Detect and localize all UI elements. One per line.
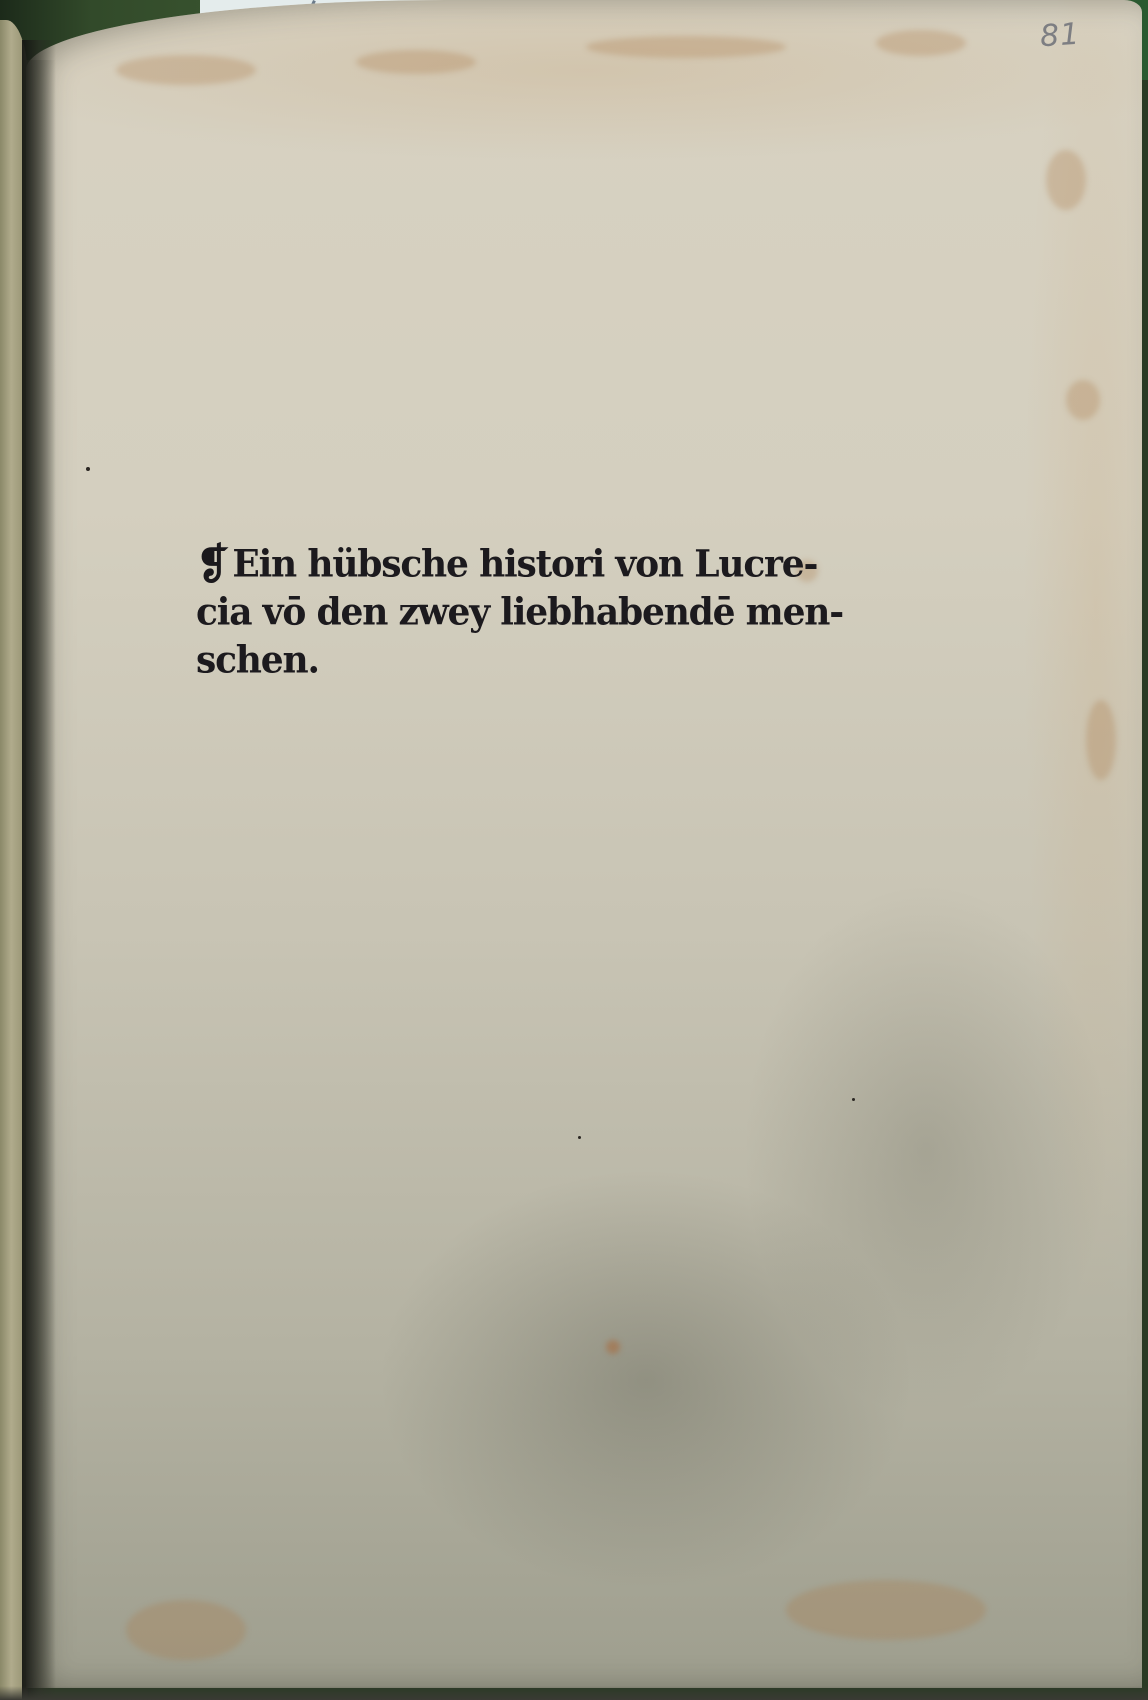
title-line-2: cia vō den zwey liebhabendē men-	[196, 587, 836, 637]
foxing-stain	[606, 1340, 620, 1354]
foxing-stain	[876, 30, 966, 56]
ink-speck	[578, 1136, 581, 1139]
foxing-stain	[786, 1580, 986, 1640]
foxing-stain	[1086, 700, 1116, 780]
foxing-stain	[586, 36, 786, 58]
folio-number: 81	[1039, 17, 1082, 55]
title-line-1: ❡Ein hübsche histori von Lucre-	[196, 539, 836, 589]
foxing-stain	[1066, 380, 1100, 420]
foxing-stain	[1046, 150, 1086, 210]
ink-speck	[852, 1098, 855, 1101]
foxing-stain	[356, 50, 476, 74]
paragraph-mark-icon: ❡	[196, 544, 228, 586]
book-page	[26, 0, 1142, 1688]
ink-speck	[86, 467, 90, 471]
title-line-1-text: Ein hübsche histori von Lucre-	[232, 542, 817, 586]
binding-shadow	[22, 40, 56, 1700]
foxing-stain	[126, 1600, 246, 1660]
page-bottom-shadow	[0, 1686, 1148, 1700]
title-line-3: schen.	[196, 635, 836, 685]
title-block: ❡Ein hübsche histori von Lucre- cia vō d…	[196, 540, 836, 684]
foxing-stain	[116, 55, 256, 85]
